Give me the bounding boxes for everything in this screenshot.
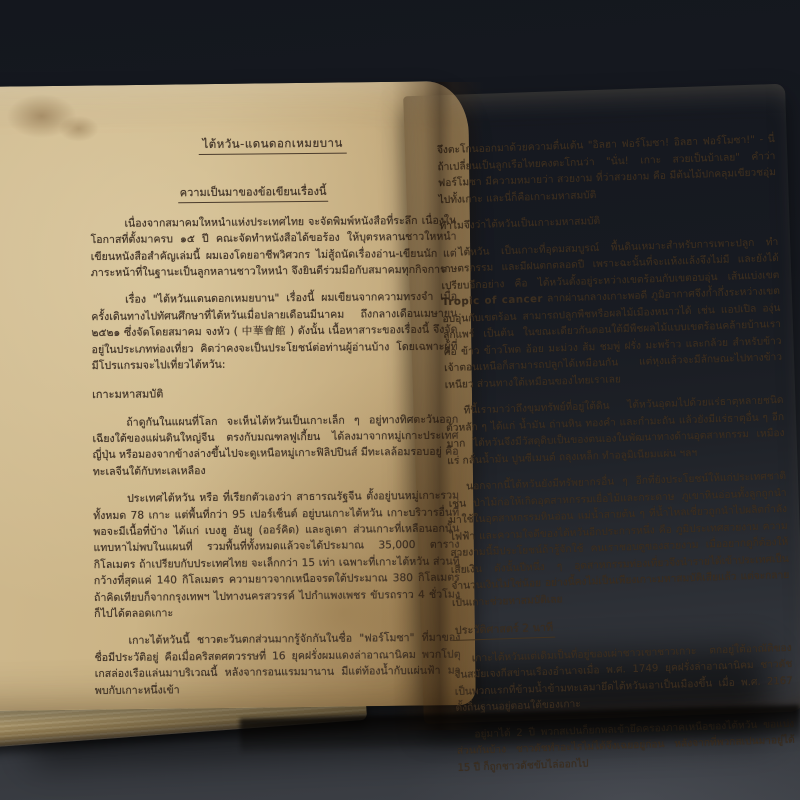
paragraph: จึงตะโกนออกมาด้วยความตื่นเต้น "อิลฮา ฟอร… [437,132,777,209]
intro-heading: ความเป็นมาของข้อเขียนเรื่องนี้ [90,182,416,202]
left-page-text: ไต้หวัน-แดนดอกเหมยบาน ความเป็นมาของข้อเข… [90,134,461,711]
history-heading: ประวัติศาสตร์ 2 นาที [453,611,791,640]
paragraph: ทีนี้เรามาว่าถึงขุมทรัพย์ที่อยู่ใต้ดิน ไ… [445,393,785,470]
paragraph: นอกจากนี้ไต้หวันยังมีทรัพยากรอื่น ๆ อีกท… [448,469,790,612]
paragraph: ประเทศไต้หวัน หรือ ที่เรียกตัวเองว่า สาธ… [93,488,460,623]
tropic-of-cancer-label: Tropic of cancer [442,294,543,308]
paragraph-text: ไต้หวัน เป็นเกาะที่อุดมสมบูรณ์ พื้นดินเห… [441,237,780,292]
section-heading: เกาะมหาสมบัติ [92,382,458,403]
left-page: ไต้หวัน-แดนดอกเหมยบาน ความเป็นมาของข้อเข… [0,81,476,711]
book-photo: ไต้หวัน-แดนดอกเหมยบาน ความเป็นมาของข้อเข… [0,0,800,800]
question-line: ทำไมจึงว่าไต้หวันเป็นเกาะมหาสมบัติ [439,208,777,236]
paragraph: เกาะไต้หวันนี้ ชาวตะวันตกส่วนมากรู้จักกั… [94,630,461,699]
paragraph: ไต้หวัน เป็นเกาะที่อุดมสมบูรณ์ พื้นดินเห… [440,235,783,395]
right-page: จึงตะโกนออกมาด้วยความตื่นเต้น "อิลฮา ฟอร… [403,84,800,724]
paragraph: ถ้าดูกันในแผนที่โลก จะเห็นไต้หวันเป็นเกา… [92,411,459,480]
paragraph: เนื่องจากสมาคมใหหนำแห่งประเทศไทย จะจัดพิ… [90,212,457,281]
paper-stain [6,94,77,139]
page-title: ไต้หวัน-แดนดอกเหมยบาน [90,134,456,155]
right-page-text: จึงตะโกนออกมาด้วยความตื่นเต้น "อิลฮา ฟอร… [437,132,796,787]
paragraph: เรื่อง "ไต้หวันแดนดอกเหมยบาน" เรื่องนี้ … [91,289,458,375]
